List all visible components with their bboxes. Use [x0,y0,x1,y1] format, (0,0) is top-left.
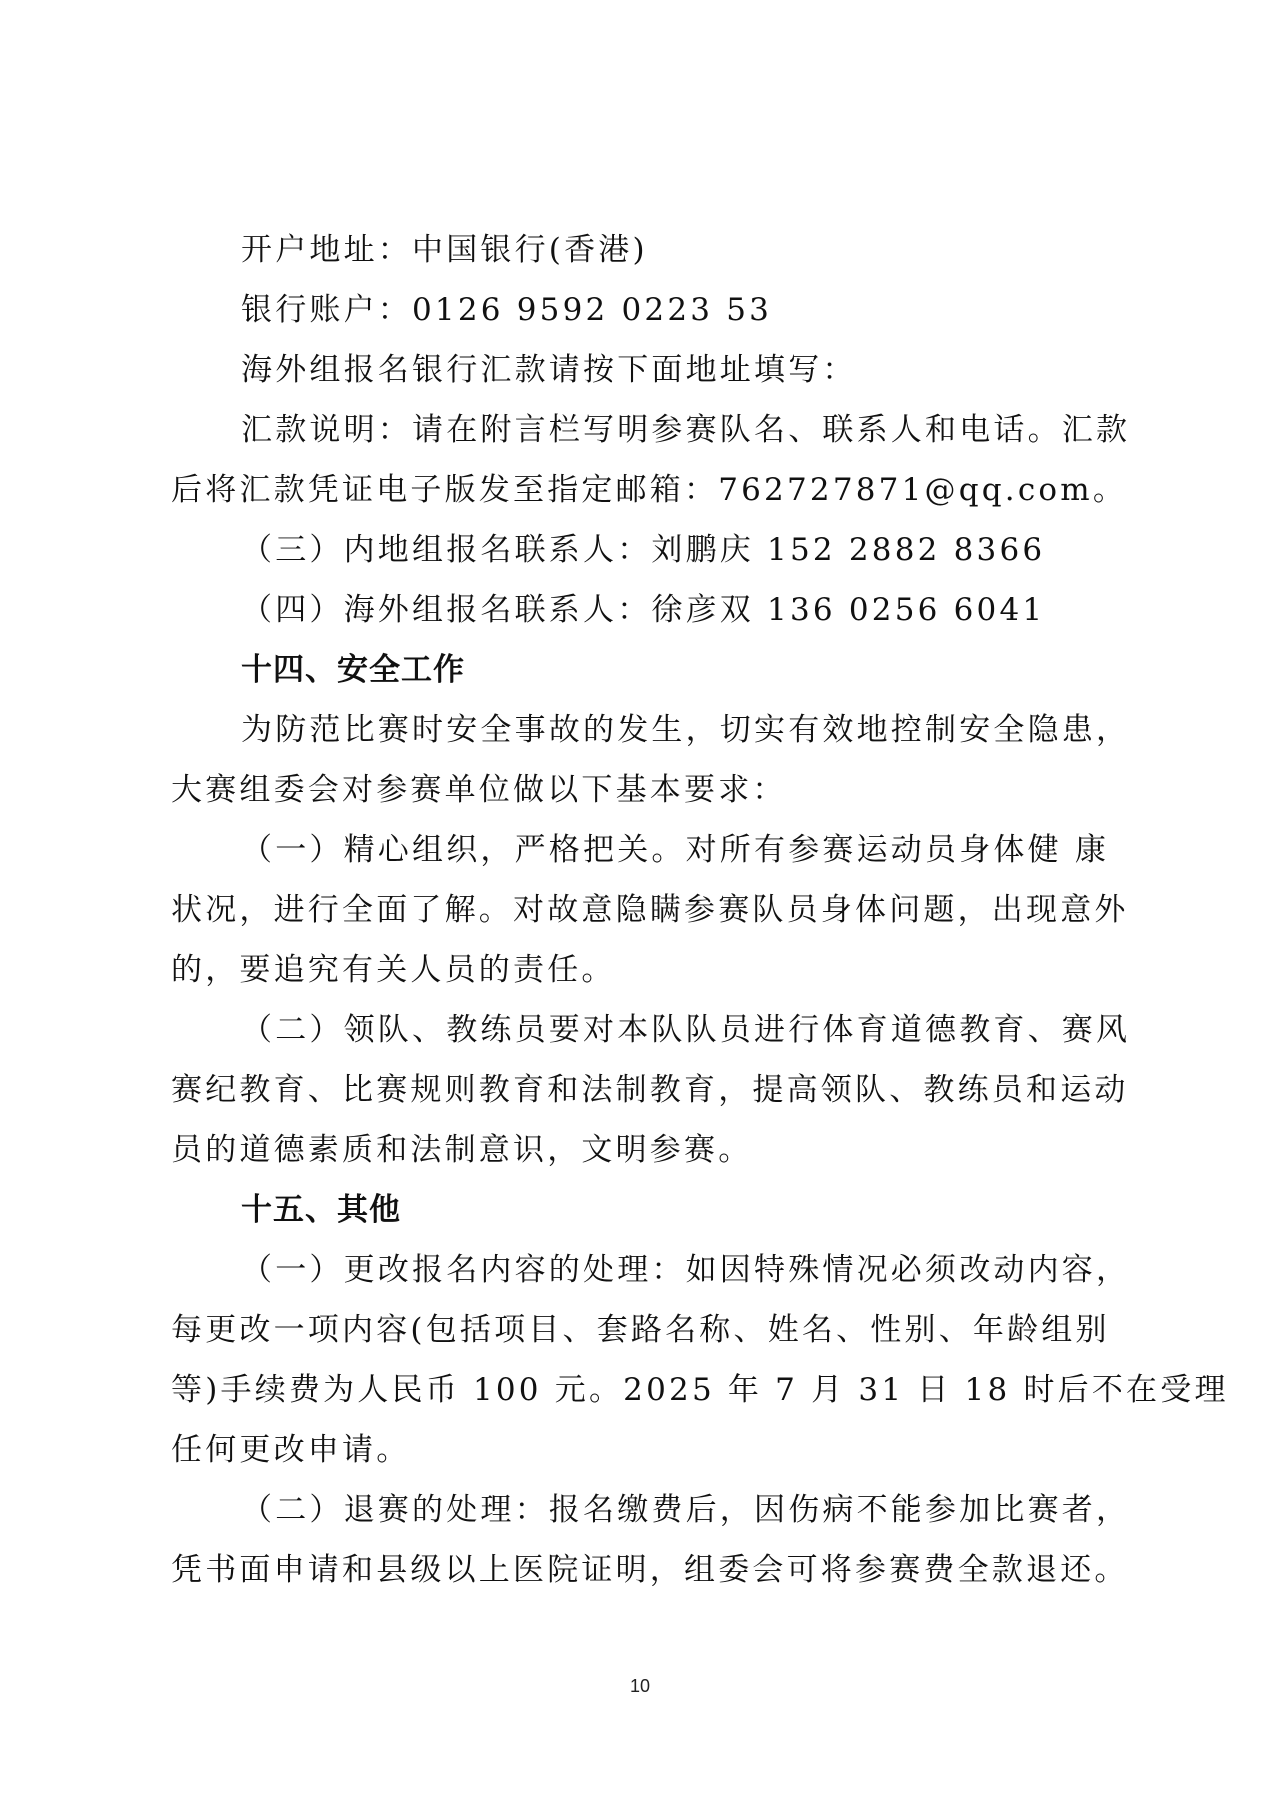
safety-item-1-line-3: 的，要追究有关人员的责任。 [171,940,1111,1000]
safety-item-1-line-1: （一）精心组织，严格把关。对所有参赛运动员身体健 康 [171,820,1111,880]
remittance-instructions-line-1: 汇款说明：请在附言栏写明参赛队名、联系人和电话。汇款 [171,400,1111,460]
safety-item-2-line-2: 赛纪教育、比赛规则教育和法制教育，提高领队、教练员和运动 [171,1060,1111,1120]
document-page: 开户地址：中国银行(香港) 银行账户：0126 9592 0223 53 海外组… [0,0,1280,1810]
remittance-instructions-line-2: 后将汇款凭证电子版发至指定邮箱：762727871@qq.com。 [171,460,1111,520]
safety-item-2-line-1: （二）领队、教练员要对本队队员进行体育道德教育、赛风 [171,1000,1111,1060]
bank-address-line: 开户地址：中国银行(香港) [171,220,1111,280]
bank-account-line: 银行账户：0126 9592 0223 53 [171,280,1111,340]
page-number: 10 [0,1676,1280,1697]
safety-item-2-line-3: 员的道德素质和法制意识，文明参赛。 [171,1120,1111,1180]
safety-intro-line-1: 为防范比赛时安全事故的发生，切实有效地控制安全隐患， [171,700,1111,760]
other-item-1-line-2: 每更改一项内容(包括项目、套路名称、姓名、性别、年龄组别 [171,1300,1111,1360]
document-body: 开户地址：中国银行(香港) 银行账户：0126 9592 0223 53 海外组… [171,220,1111,1600]
section-heading-other: 十五、其他 [171,1180,1111,1240]
safety-intro-line-2: 大赛组委会对参赛单位做以下基本要求： [171,760,1111,820]
other-item-1-line-3: 等)手续费为人民币 100 元。2025 年 7 月 31 日 18 时后不在受… [171,1360,1111,1420]
overseas-contact-line: （四）海外组报名联系人：徐彦双 136 0256 6041 [171,580,1111,640]
mainland-contact-line: （三）内地组报名联系人：刘鹏庆 152 2882 8366 [171,520,1111,580]
other-item-1-line-1: （一）更改报名内容的处理：如因特殊情况必须改动内容， [171,1240,1111,1300]
section-heading-safety: 十四、安全工作 [171,640,1111,700]
other-item-2-line-1: （二）退赛的处理：报名缴费后，因伤病不能参加比赛者， [171,1480,1111,1540]
overseas-remittance-note: 海外组报名银行汇款请按下面地址填写： [171,340,1111,400]
other-item-2-line-2: 凭书面申请和县级以上医院证明，组委会可将参赛费全款退还。 [171,1540,1111,1600]
safety-item-1-line-2: 状况，进行全面了解。对故意隐瞒参赛队员身体问题，出现意外 [171,880,1111,940]
other-item-1-line-4: 任何更改申请。 [171,1420,1111,1480]
